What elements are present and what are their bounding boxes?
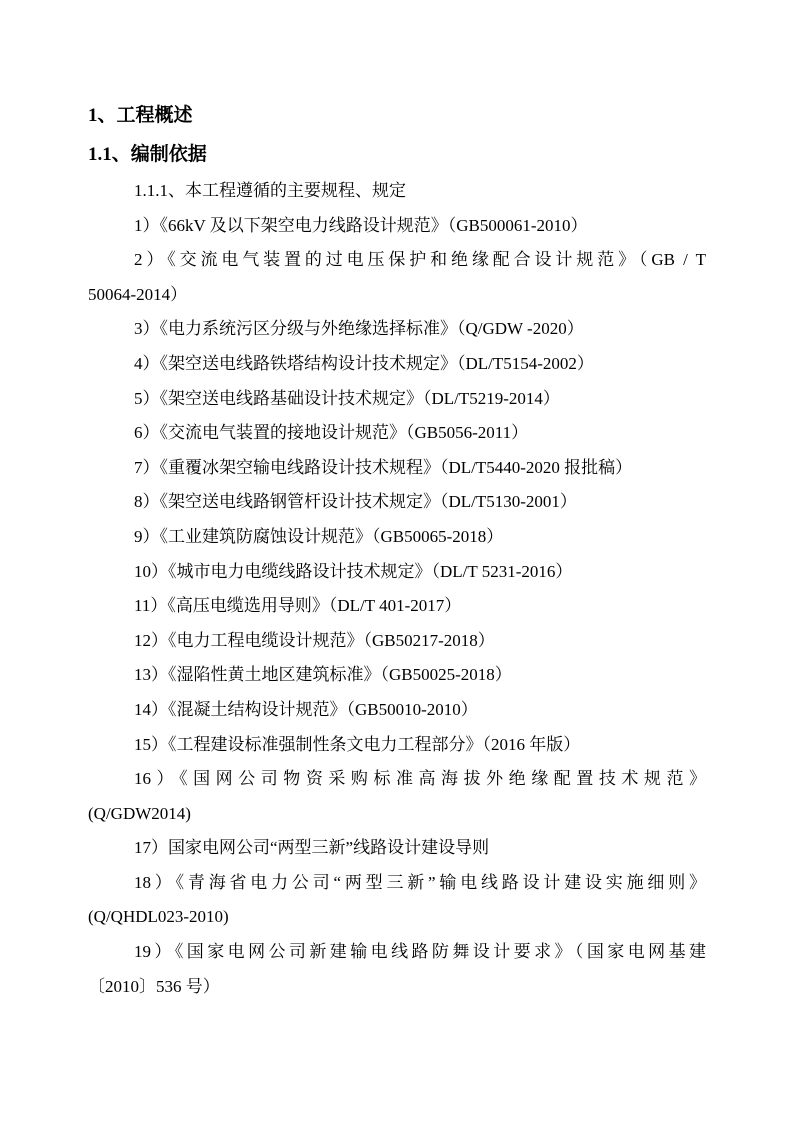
reference-item-18-continuation: (Q/QHDL023-2010) <box>88 900 706 935</box>
reference-item-6: 6）《交流电气装置的接地设计规范》（GB5056-2011） <box>88 416 706 451</box>
subsubsection-heading: 1.1.1、本工程遵循的主要规程、规定 <box>88 174 706 209</box>
subsection-heading: 1.1、编制依据 <box>88 142 706 168</box>
reference-item-8: 8）《架空送电线路钢管杆设计技术规定》（DL/T5130-2001） <box>88 485 706 520</box>
section-heading: 1、工程概述 <box>88 103 706 129</box>
document-page: 1、工程概述 1.1、编制依据 1.1.1、本工程遵循的主要规程、规定 1）《6… <box>0 0 793 1122</box>
reference-item-1: 1）《66kV 及以下架空电力线路设计规范》（GB500061-2010） <box>88 209 706 244</box>
reference-item-3: 3）《电力系统污区分级与外绝缘选择标准》（Q/GDW -2020） <box>88 312 706 347</box>
reference-item-10: 10）《城市电力电缆线路设计技术规定》（DL/T 5231-2016） <box>88 555 706 590</box>
reference-item-11: 11）《高压电缆选用导则》（DL/T 401-2017） <box>88 589 706 624</box>
reference-item-12: 12）《电力工程电缆设计规范》（GB50217-2018） <box>88 624 706 659</box>
reference-item-19-continuation: 〔2010〕536 号） <box>88 970 706 1005</box>
reference-item-5: 5）《架空送电线路基础设计技术规定》（DL/T5219-2014） <box>88 382 706 417</box>
reference-item-4: 4）《架空送电线路铁塔结构设计技术规定》（DL/T5154-2002） <box>88 347 706 382</box>
reference-item-15: 15）《工程建设标准强制性条文电力工程部分》（2016 年版） <box>88 728 706 763</box>
reference-item-2-continuation: 50064-2014） <box>88 278 706 313</box>
reference-item-16: 16）《国网公司物资采购标准高海拔外绝缘配置技术规范》 <box>88 762 706 797</box>
reference-item-17: 17）国家电网公司“两型三新”线路设计建设导则 <box>88 831 706 866</box>
reference-item-19: 19）《国家电网公司新建输电线路防舞设计要求》（国家电网基建 <box>88 935 706 970</box>
reference-item-16-continuation: (Q/GDW2014) <box>88 797 706 832</box>
reference-item-13: 13）《湿陷性黄土地区建筑标准》（GB50025-2018） <box>88 658 706 693</box>
reference-item-14: 14）《混凝土结构设计规范》（GB50010-2010） <box>88 693 706 728</box>
document-content: 1、工程概述 1.1、编制依据 1.1.1、本工程遵循的主要规程、规定 1）《6… <box>88 103 706 1004</box>
reference-item-2: 2）《交流电气装置的过电压保护和绝缘配合设计规范》（GB / T <box>88 243 706 278</box>
reference-item-7: 7）《重覆冰架空输电线路设计技术规程》（DL/T5440-2020 报批稿） <box>88 451 706 486</box>
reference-item-18: 18）《青海省电力公司“两型三新”输电线路设计建设实施细则》 <box>88 866 706 901</box>
reference-item-9: 9）《工业建筑防腐蚀设计规范》（GB50065-2018） <box>88 520 706 555</box>
